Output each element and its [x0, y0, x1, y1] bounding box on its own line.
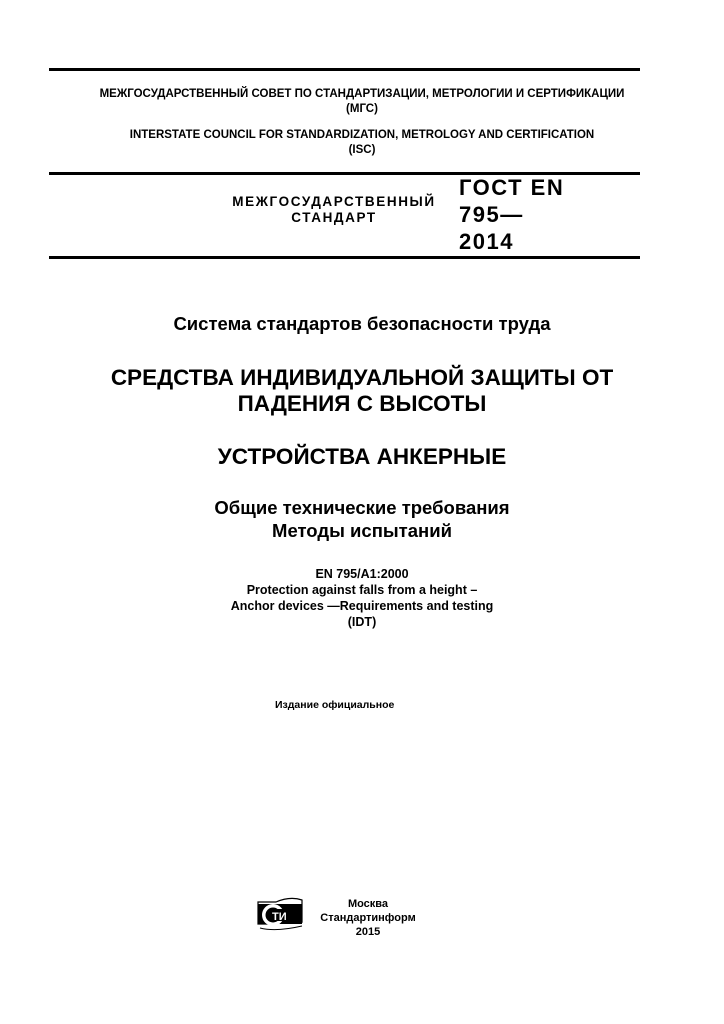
publisher-year: 2015	[306, 925, 430, 939]
series-title: Система стандартов безопасности труда	[0, 313, 724, 335]
subtitle-line2: Методы испытаний	[0, 520, 724, 542]
top-rule	[49, 68, 640, 71]
standard-code: ГОСТ EN 795— 2014	[459, 174, 564, 255]
reference-title-line1: Protection against falls from a height –	[0, 582, 724, 598]
standard-type-line2: СТАНДАРТ	[224, 210, 444, 226]
reference-title-line2: Anchor devices —Requirements and testing	[0, 598, 724, 614]
reference-degree: (IDT)	[0, 614, 724, 630]
code-rule	[49, 256, 640, 259]
standard-type: МЕЖГОСУДАРСТВЕННЫЙ СТАНДАРТ	[224, 194, 444, 226]
publisher-name: Стандартинформ	[306, 911, 430, 925]
council-ru-name: МЕЖГОСУДАРСТВЕННЫЙ СОВЕТ ПО СТАНДАРТИЗАЦ…	[0, 87, 724, 102]
standard-type-line1: МЕЖГОСУДАРСТВЕННЫЙ	[224, 194, 444, 210]
reference-code: EN 795/A1:2000	[0, 566, 724, 582]
standard-code-line1: ГОСТ EN	[459, 174, 564, 201]
logo-icon: ТИ	[256, 894, 304, 934]
council-en-name: INTERSTATE COUNCIL FOR STANDARDIZATION, …	[0, 128, 724, 143]
edition-label: Издание официальное	[275, 699, 394, 711]
part-title: УСТРОЙСТВА АНКЕРНЫЕ	[0, 444, 724, 470]
publisher-block: Москва Стандартинформ 2015	[306, 897, 430, 939]
publisher-city: Москва	[306, 897, 430, 911]
standartinform-logo: ТИ	[256, 894, 304, 934]
main-title-line1: СРЕДСТВА ИНДИВИДУАЛЬНОЙ ЗАЩИТЫ ОТ	[0, 365, 724, 391]
svg-text:ТИ: ТИ	[272, 911, 287, 923]
standard-code-line2: 795—	[459, 201, 564, 228]
main-title-line2: ПАДЕНИЯ С ВЫСОТЫ	[0, 391, 724, 417]
subtitle-line1: Общие технические требования	[0, 497, 724, 519]
standard-code-line3: 2014	[459, 228, 564, 255]
council-en-abbr: (ISC)	[0, 143, 724, 158]
council-ru-abbr: (МГС)	[0, 102, 724, 117]
